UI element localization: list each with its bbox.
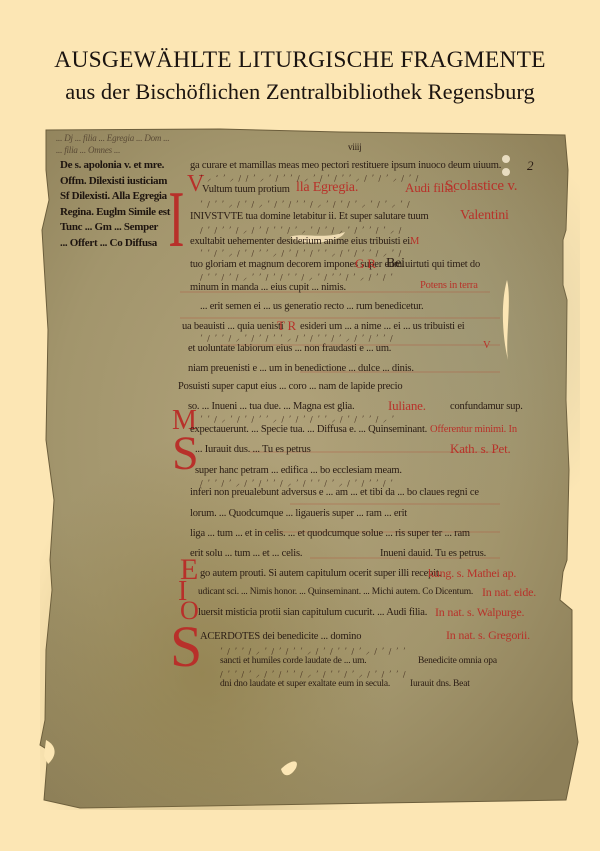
neume-row: ∕ ʼ ʼ ∕ ʼ ⸝ ∕ ʼ ∕ ʼ ʼ ∕ ⸝ ʼ ∕ ʼ ʼ ∕ ʼ ⸝ … xyxy=(200,478,394,484)
ms-line: lorum. ... Quodcumque ... ligaueris supe… xyxy=(190,508,407,519)
ms-line: udicant sci. ... Nimis honor. ... Quinse… xyxy=(198,587,473,597)
ms-rubric: Valentini xyxy=(460,208,509,224)
ms-rubric: Bei xyxy=(386,256,405,272)
neume-row: ʼ ʼ ∕ ⸝ ʼ ∕ ʼ ∕ ʼ ʼ ⸝ ∕ ʼ ∕ ʼ ∕ ʼ ʼ ⸝ ∕ … xyxy=(200,414,395,420)
neume-row: ʼ ʼ ∕ ʼ ⸝ ∕ ʼ ∕ ʼ ʼ ⸝ ∕ ʼ ∕ ʼ ∕ ʼ ʼ ⸝ ∕ … xyxy=(200,248,402,254)
ms-line: Vultum tuum protium xyxy=(202,184,290,195)
ms-line: luersit misticia protii sian capitulum c… xyxy=(198,607,427,618)
left-column-text: De s. apolonia v. et mre. Offm. Dilexist… xyxy=(60,158,170,251)
ms-line: INIVSTVTE tua domine letabitur ii. Et su… xyxy=(190,211,429,222)
ms-line: ua beauisti ... quia uenisti xyxy=(182,321,283,332)
ms-line-tail: Kath. s. Pet. xyxy=(450,441,511,457)
ms-line-tail: Benedicite omnia opa xyxy=(418,656,497,666)
left-line: De s. apolonia v. et mre. xyxy=(60,158,170,174)
ms-rubric: V xyxy=(483,340,490,351)
ms-line: inferi non preualebunt adversus e ... am… xyxy=(190,487,479,498)
ms-rubric: Potens in terra xyxy=(420,280,478,291)
ms-line: et uoluntate labiorum eius ... non fraud… xyxy=(188,343,391,354)
ms-rubric: M xyxy=(410,236,419,247)
neume-row: ∕ ʼ ʼ ∕ ʼ ∕ ⸝ ʼ ʼ ∕ ʼ ∕ ʼ ʼ ∕ ⸝ ʼ ∕ ʼ ʼ … xyxy=(200,272,394,278)
neume-row: ∕ ʼ ʼ ∕ ʼ ⸝ ∕ ʼ ∕ ʼ ʼ ∕ ⸝ ʼ ∕ ʼ ʼ ∕ ʼ ⸝ … xyxy=(220,669,407,675)
ms-line: sancti et humiles corde laudate de ... u… xyxy=(220,656,366,666)
header-note-line-2: ... filia ... Omnes ... xyxy=(56,145,120,155)
left-line: Offm. Dilexisti iusticiam xyxy=(60,174,170,190)
ms-line: erit solu ... tum ... et ... celis. xyxy=(190,548,302,559)
left-line: Sf Dilexisti. Alla Egregia xyxy=(60,189,170,205)
ms-line-tail: uirtuti qui timet do xyxy=(405,259,480,270)
ms-line-tail: Iurauit dns. Beat xyxy=(410,679,470,689)
neume-row: ʼ ∕ ʼ ʼ ∕ ⸝ ʼ ∕ ʼ ∕ ʼ ʼ ⸝ ∕ ʼ ∕ ʼ ʼ ∕ ʼ … xyxy=(220,646,406,652)
ms-line: ga curare et mamillas meas meo pectori r… xyxy=(190,160,501,171)
left-line: ... Offert ... Co Diffusa xyxy=(60,236,170,252)
ms-line: niam preuenisti e ... um in benedictione… xyxy=(188,363,414,374)
left-line: Regina. Euglm Simile est xyxy=(60,205,170,221)
ms-rubric: Scolastice v. xyxy=(445,178,517,195)
ms-rubric: G R xyxy=(355,256,376,272)
ms-line-tail: esideri um ... a nime ... ei ... us trib… xyxy=(300,321,465,332)
ms-line: super hanc petram ... edifica ... bo ecc… xyxy=(195,465,402,476)
neume-row: ʼ ∕ ʼ ʼ ∕ ⸝ ʼ ∕ ʼ ∕ ʼ ʼ ⸝ ∕ ʼ ∕ ʼ ʼ ∕ ʼ … xyxy=(200,333,394,339)
margin-mark: 2 xyxy=(527,158,533,174)
neume-row: ʼ ⸝ ʻ ʼ ⸝ ∕ ∕ ʼ ⸝ ʼ ∕ ʼ ʼ ∕ ⸝ ʼ ∕ ʼ ∕ ʼ … xyxy=(200,173,419,179)
ms-line-tail: confundamur sup. xyxy=(450,401,523,412)
ms-line-tail: Offerentur minimi. In xyxy=(430,424,517,435)
initial-S-2: S xyxy=(170,618,202,676)
left-line: Tunc ... Gm ... Semper xyxy=(60,220,170,236)
ms-line: dni dno laudate et super exaltate eum in… xyxy=(220,679,390,689)
ms-rubric: In nat. s. Gregorii. xyxy=(446,628,530,643)
neume-row: ∕ ʼ ∕ ʼ ʼ ∕ ⸝ ∕ ʼ ∕ ʼ ʼ ∕ ʼ ⸝ ʼ ∕ ʼ ∕ ⸝ … xyxy=(200,225,402,231)
ms-line: Posuisti super caput eius ... coro ... n… xyxy=(178,381,402,392)
ms-line: minum in manda ... eius cupit ... nimis. xyxy=(190,282,346,293)
neume-row: ʼ ∕ ʼ ʼ ⸝ ∕ ʼ ∕ ⸝ ʼ ∕ ʼ ∕ ʼ ʼ ∕ ⸝ ʼ ∕ ʼ … xyxy=(200,199,411,205)
manuscript-fragment-image: ... Dj ... filia ... Egregia ... Dom ...… xyxy=(0,0,600,851)
initial-I: I xyxy=(168,180,184,260)
ms-line-tail: In nat. s. Walpurge. xyxy=(435,605,524,620)
ms-line: exultabit uehementer desiderium anime ei… xyxy=(190,236,412,247)
ms-rubric: T R xyxy=(277,318,296,334)
ms-line: ... Iurauit dus. ... Tu es petrus xyxy=(195,444,311,455)
ms-line: so. ... Inueni ... tua due. ... Magna es… xyxy=(188,401,354,412)
folio-number: viiij xyxy=(348,142,362,152)
ms-line-tail: Inueni dauid. Tu es petrus. xyxy=(380,548,486,559)
ms-line-tail: In nat. eide. xyxy=(482,585,536,600)
header-note-line-1: ... Dj ... filia ... Egregia ... Dom ... xyxy=(56,133,169,143)
ms-line: ACERDOTES dei benedicite ... domino xyxy=(200,631,361,642)
ms-rubric: Iuliane. xyxy=(388,398,426,414)
ms-rubric: kung. s. Mathei ap. xyxy=(428,566,516,581)
ms-line: liga ... tum ... et in celis. ... et quo… xyxy=(190,528,470,539)
ms-line: ... erit semen ei ... us generatio recto… xyxy=(200,301,423,312)
ms-line: go autem prouti. Si autem capitulum ocer… xyxy=(200,568,441,579)
ms-line: expectauerunt. ... Specie tua. ... Diffu… xyxy=(190,424,427,435)
